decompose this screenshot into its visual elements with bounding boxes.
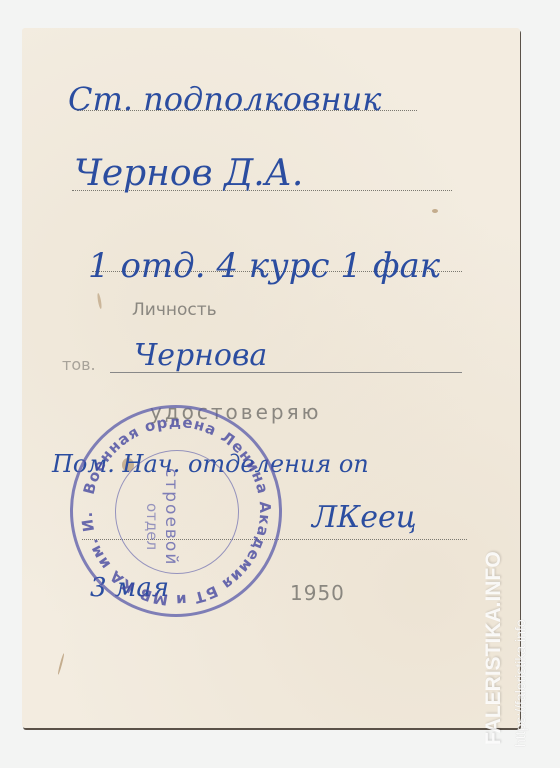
certificate-card: Ст. подполковник Чернов Д.А. 1 отд. 4 ку…: [22, 28, 520, 728]
handwritten-rank: Ст. подполковник: [68, 80, 381, 118]
identity-label: Личность: [132, 300, 217, 320]
year-label: 1950: [290, 581, 345, 605]
stamp-center-text-2: отдел: [143, 503, 161, 550]
official-stamp: Военная ордена Ленина Академия БТ и МВ К…: [70, 405, 282, 617]
watermark: FALERISTIKA.INFO https://faleristika.inf…: [478, 565, 538, 750]
tov-prefix: тов.: [62, 355, 96, 374]
stain: [57, 653, 65, 675]
handwritten-name: Чернов Д.А.: [74, 153, 303, 194]
handwritten-unit: 1 отд. 4 курс 1 фак: [88, 246, 440, 286]
stain: [432, 209, 438, 213]
handwritten-signature: ЛКеец: [312, 500, 417, 535]
watermark-brand: FALERISTIKA.INFO: [482, 551, 506, 745]
watermark-url: https://faleristika.info: [512, 619, 528, 747]
stamp-center-text: строевой: [161, 468, 181, 566]
stain: [97, 293, 103, 309]
handwritten-surname: Чернова: [134, 338, 267, 373]
